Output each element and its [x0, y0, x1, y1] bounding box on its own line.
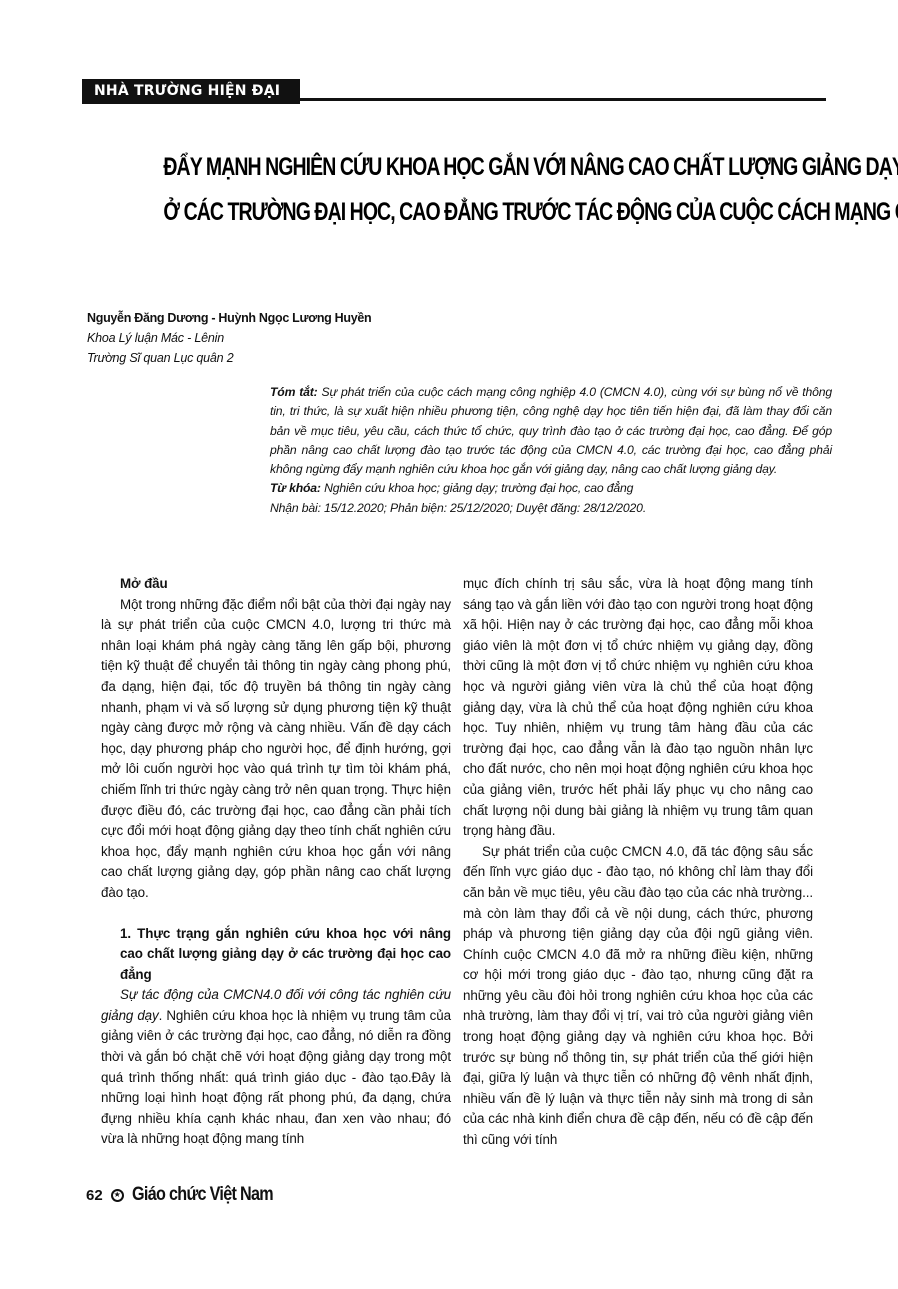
right-paragraph-1: mục đích chính trị sâu sắc, vừa là hoạt … — [463, 574, 813, 842]
publication-dates: Nhận bài: 15/12.2020; Phản biện: 25/12/2… — [270, 499, 832, 518]
keywords-label: Từ khóa: — [270, 481, 321, 495]
page-footer: 62 ★ Giáo chức Việt Nam — [86, 1184, 298, 1206]
section-1-text: . Nghiên cứu khoa học là nhiệm vụ trung … — [101, 1008, 451, 1147]
keywords-text: Nghiên cứu khoa học; giảng dạy; trường đ… — [321, 481, 633, 495]
author-department: Khoa Lý luận Mác - Lênin — [87, 328, 371, 348]
right-paragraph-2: Sự phát triển của cuộc CMCN 4.0, đã tác … — [463, 842, 813, 1151]
author-block: Nguyễn Đăng Dương - Huỳnh Ngọc Lương Huy… — [87, 308, 371, 368]
abstract-text: Sự phát triển của cuộc cách mạng công ng… — [270, 385, 832, 476]
body-column-right: mục đích chính trị sâu sắc, vừa là hoạt … — [463, 574, 813, 1151]
section-header: NHÀ TRƯỜNG HIỆN ĐẠI — [82, 79, 822, 104]
intro-paragraph: Một trong những đặc điểm nổi bật của thờ… — [101, 595, 451, 904]
section-divider — [300, 98, 826, 101]
author-names: Nguyễn Đăng Dương - Huỳnh Ngọc Lương Huy… — [87, 308, 371, 328]
section-1-heading: 1. Thực trạng gắn nghiên cứu khoa học vớ… — [101, 924, 451, 986]
section-1-paragraph: Sự tác động của CMCN4.0 đối với công tác… — [101, 985, 451, 1150]
star-circle-icon: ★ — [111, 1189, 124, 1202]
abstract-block: Tóm tắt: Sự phát triển của cuộc cách mạn… — [270, 383, 832, 518]
section-tag: NHÀ TRƯỜNG HIỆN ĐẠI — [82, 79, 300, 104]
abstract-label: Tóm tắt: — [270, 385, 318, 399]
article-title-line-2: Ở CÁC TRƯỜNG ĐẠI HỌC, CAO ĐẲNG TRƯỚC TÁC… — [163, 198, 740, 227]
keywords: Từ khóa: Nghiên cứu khoa học; giảng dạy;… — [270, 479, 832, 498]
abstract-summary: Tóm tắt: Sự phát triển của cuộc cách mạn… — [270, 383, 832, 479]
author-institution: Trường Sĩ quan Lục quân 2 — [87, 348, 371, 368]
journal-name: Giáo chức Việt Nam — [132, 1184, 273, 1206]
spacer — [101, 904, 451, 924]
intro-heading: Mở đầu — [101, 574, 451, 595]
article-title-line-1: ĐẨY MẠNH NGHIÊN CỨU KHOA HỌC GẮN VỚI NÂN… — [163, 153, 740, 182]
page-number: 62 — [86, 1187, 103, 1204]
body-column-left: Mở đầu Một trong những đặc điểm nổi bật … — [101, 574, 451, 1150]
